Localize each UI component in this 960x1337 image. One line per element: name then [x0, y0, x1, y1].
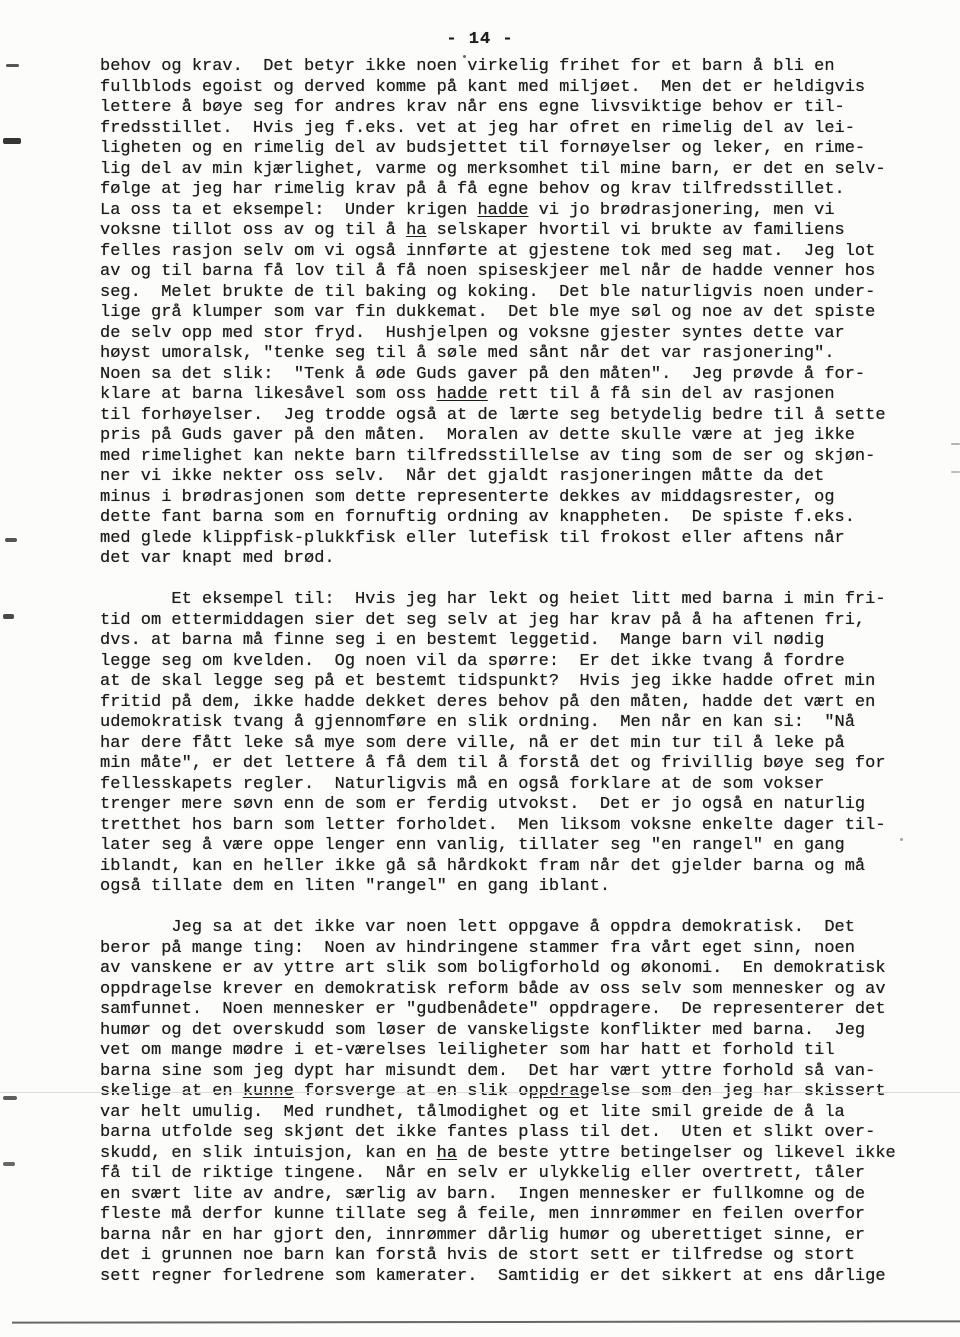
text-line: behov og krav. Det betyr ikke noen virke…: [100, 57, 930, 78]
text-line: skudd, en slik intuisjon, kan en ha de b…: [100, 1144, 930, 1165]
text-line: felles rasjon selv om vi også innførte a…: [100, 242, 930, 263]
text-line: later seg å være oppe lenger enn vanlig,…: [100, 836, 930, 857]
text-line: få til de riktige tingene. Når en selv e…: [100, 1164, 930, 1185]
text-line: barna sine som jeg dypt har misundt dem.…: [100, 1062, 930, 1083]
scan-margin-mark: [3, 614, 14, 619]
text-line: til forhøyelser. Jeg trodde også at de l…: [100, 406, 930, 427]
text-line: samfunnet. Noen mennesker er "gudbenådet…: [100, 1000, 930, 1021]
scan-margin-mark: [5, 538, 17, 542]
text-line: seg. Melet brukte de til baking og kokin…: [100, 283, 930, 304]
text-line: at de skal legge seg på et bestemt tidsp…: [100, 672, 930, 693]
text-line: fullblods egoist og derved komme på kant…: [100, 78, 930, 99]
text-line: pris på Guds gaver på den måten. Moralen…: [100, 426, 930, 447]
text-line: ner vi ikke nekter oss selv. Når det gja…: [100, 467, 930, 488]
text-line: lig del av min kjærlighet, varme og merk…: [100, 160, 930, 181]
text-line: barna når en har gjort den, innrømmer då…: [100, 1226, 930, 1247]
text-line: følge at jeg har rimelig krav på å få eg…: [100, 180, 930, 201]
text-line: lettere å bøye seg for andres krav når e…: [100, 98, 930, 119]
text-line: det i grunnen noe barn kan forstå hvis d…: [100, 1246, 930, 1267]
scan-margin-mark: [951, 471, 960, 473]
text-line: de selv opp med stor fryd. Hushjelpen og…: [100, 324, 930, 345]
paragraph-2: Et eksempel til: Hvis jeg har lekt og he…: [100, 590, 930, 898]
text-line: lige grå klumper som var fin dukkemat. D…: [100, 303, 930, 324]
text-line: en svært lite av andre, særlig av barn. …: [100, 1185, 930, 1206]
text-line: har dere fått leke så mye som dere ville…: [100, 734, 930, 755]
text-line: var helt umulig. Med rundhet, tålmodighe…: [100, 1103, 930, 1124]
text-line: La oss ta et eksempel: Under krigen hadd…: [100, 201, 930, 222]
text-line: det var knapt med brød.: [100, 549, 930, 570]
scan-margin-mark: [3, 138, 21, 144]
text-line: Et eksempel til: Hvis jeg har lekt og he…: [100, 590, 930, 611]
text-line: av vanskene er av yttre art slik som bol…: [100, 959, 930, 980]
text-line: klare at barna likesåvel som oss hadde r…: [100, 385, 930, 406]
scan-margin-mark: [3, 1096, 17, 1100]
scan-speck: [900, 838, 903, 841]
text-line: oppdragelse krever en demokratisk reform…: [100, 980, 930, 1001]
text-line: med rimelighet kan nekte barn tilfredsst…: [100, 447, 930, 468]
scan-margin-mark: [3, 1162, 15, 1166]
bottom-rule: [12, 1320, 960, 1323]
text-line: dvs. at barna må finne seg i en bestemt …: [100, 631, 930, 652]
document-page: - 14 - behov og krav. Det betyr ikke noe…: [0, 0, 960, 1337]
text-line: sett regner forledrene som kamerater. Sa…: [100, 1267, 930, 1288]
scan-margin-mark: [951, 443, 960, 445]
text-line: også tillate dem en liten "rangel" en ga…: [100, 877, 930, 898]
text-line: iblandt, kan en heller ikke gå så hårdko…: [100, 857, 930, 878]
text-line: tid om ettermiddagen sier det seg selv a…: [100, 611, 930, 632]
text-body: behov og krav. Det betyr ikke noen virke…: [100, 57, 930, 1308]
text-line: beror på mange ting: Noen av hindringene…: [100, 939, 930, 960]
text-line: min måte", er det lettere å få dem til å…: [100, 754, 930, 775]
text-line: minus i brødrasjonen som dette represent…: [100, 488, 930, 509]
text-line: fleste må derfor kunne tillate seg å fei…: [100, 1205, 930, 1226]
scan-speck: [463, 55, 466, 58]
text-line: Noen sa det slik: "Tenk å øde Guds gaver…: [100, 365, 930, 386]
text-line: fritid på dem, ikke hadde dekket deres b…: [100, 693, 930, 714]
text-line: Jeg sa at det ikke var noen lett oppgave…: [100, 918, 930, 939]
text-line: høyst umoralsk, "tenke seg til å søle me…: [100, 344, 930, 365]
text-line: dette fant barna som en fornuftig ordnin…: [100, 508, 930, 529]
text-line: humør og det overskudd som løser de vans…: [100, 1021, 930, 1042]
text-line: legge seg om kvelden. Og noen vil da spø…: [100, 652, 930, 673]
paragraph-1: behov og krav. Det betyr ikke noen virke…: [100, 57, 930, 570]
text-line: voksne tillot oss av og til å ha selskap…: [100, 221, 930, 242]
text-line: trenger mere søvn enn de som er ferdig u…: [100, 795, 930, 816]
text-line: fellesskapets regler. Naturligvis må en …: [100, 775, 930, 796]
text-line: fredsstillet. Hvis jeg f.eks. vet at jeg…: [100, 119, 930, 140]
scan-fold-line: [0, 1092, 960, 1093]
text-line: barna utfolde seg skjønt det ikke fantes…: [100, 1123, 930, 1144]
text-line: med glede klippfisk-plukkfisk eller lute…: [100, 529, 930, 550]
text-line: av og til barna få lov til å få noen spi…: [100, 262, 930, 283]
text-line: vet om mange mødre i et-værelses leiligh…: [100, 1041, 930, 1062]
text-line: ligheten og en rimelig del av budsjettet…: [100, 139, 930, 160]
text-line: udemokratisk tvang å gjennomføre en slik…: [100, 713, 930, 734]
paragraph-3: Jeg sa at det ikke var noen lett oppgave…: [100, 918, 930, 1287]
text-line: tretthet hos barn som letter forholdet. …: [100, 816, 930, 837]
page-number: - 14 -: [0, 30, 960, 49]
scan-margin-mark: [6, 64, 19, 67]
